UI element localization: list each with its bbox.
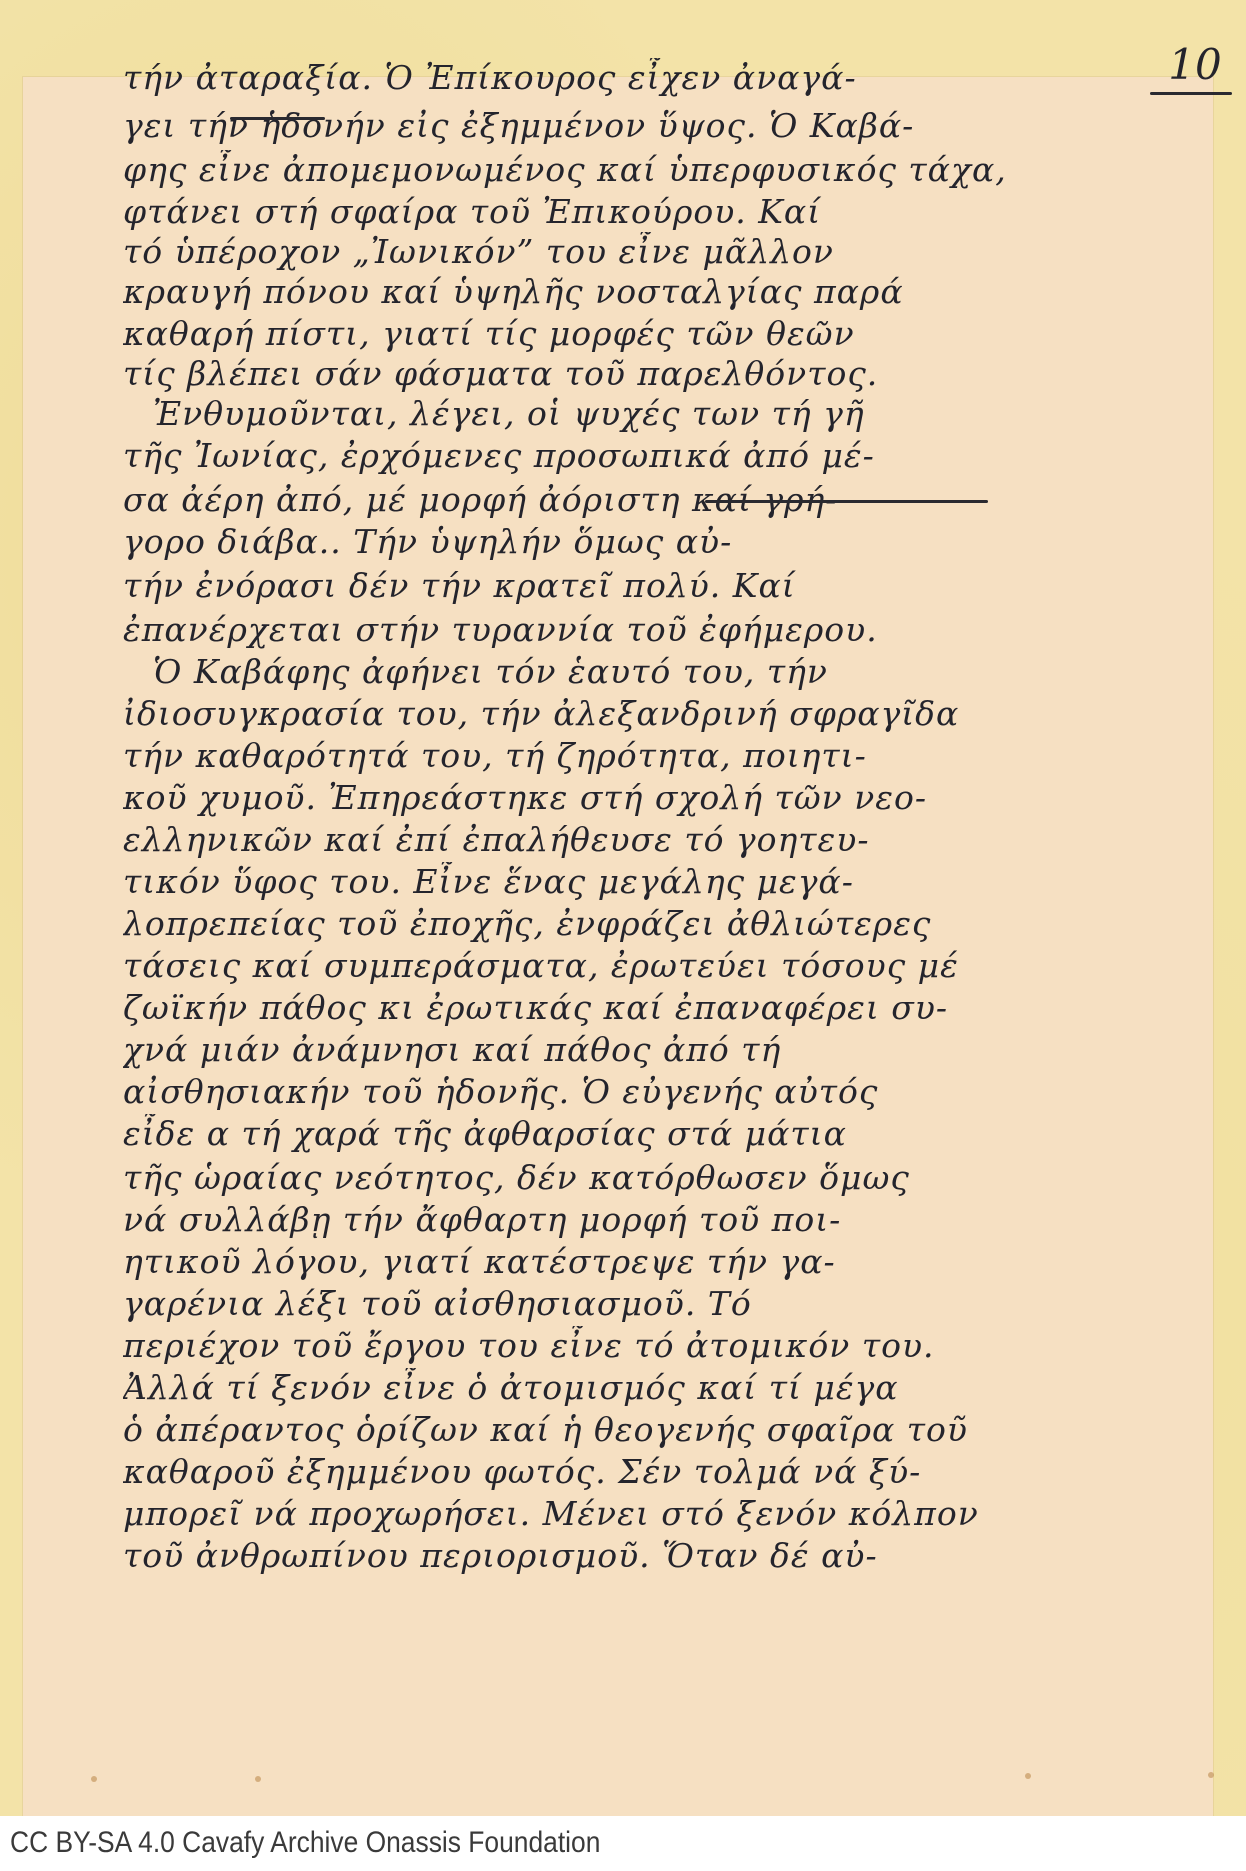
manuscript-line: Ἀλλά τί ξενόν εἶνε ὁ ἀτομισμός καί τί μέ… [123,1368,1163,1408]
manuscript-line: νά συλλάβῃ τήν ἄφθαρτη μορφή τοῦ ποι- [123,1200,1163,1240]
manuscript-line: γαρένια λέξι τοῦ αἰσθησιασμοῦ. Τό [123,1284,1163,1324]
manuscript-line: τικόν ὕφος του. Εἶνε ἕνας μεγάλης μεγά- [123,862,1163,902]
manuscript-line: μπορεῖ νά προχωρήσει. Μένει στό ξενόν κό… [123,1494,1163,1534]
manuscript-line: κραυγή πόνου καί ὑψηλῆς νοσταλγίας παρά [123,272,1163,312]
paper-stain [1208,1772,1214,1778]
paper-stain [91,1776,97,1782]
manuscript-line: τίς βλέπει σάν φάσματα τοῦ παρελθόντος. [123,354,1163,394]
license-caption: CC BY-SA 4.0 Cavafy Archive Onassis Foun… [10,1826,600,1860]
manuscript-line: καθαρή πίστι, γιατί τίς μορφές τῶν θεῶν [123,314,1163,354]
manuscript-line: τό ὑπέροχον „Ἰωνικόν” του εἶνε μᾶλλον [123,232,1163,272]
manuscript-line: τήν ἀταραξία. Ὁ Ἐπίκουρος εἶχεν ἀναγά- [123,58,1163,98]
manuscript-line: λοπρεπείας τοῦ ἐποχῆς, ἐνφράζει ἀθλιώτερ… [123,904,1163,944]
manuscript-line: χνά μιάν ἀνάμνησι καί πάθος ἀπό τή [123,1030,1163,1070]
manuscript-line: ἰδιοσυγκρασία του, τήν ἀλεξανδρινή σφραγ… [123,694,1163,734]
paper-stain [1025,1773,1031,1779]
manuscript-line: γει τήν ἡδονήν εἰς ἐξημμένον ὕψος. Ὁ Καβ… [123,106,1163,146]
handwritten-text-block: 10 τήν ἀταραξία. Ὁ Ἐπίκουρος εἶχεν ἀναγά… [23,0,1213,1778]
paper-stain [255,1776,261,1782]
manuscript-line: τήν ἐνόρασι δέν τήν κρατεῖ πολύ. Καί [123,566,1163,606]
manuscript-line: ητικοῦ λόγου, γιατί κατέστρεψε τήν γα- [123,1242,1163,1282]
manuscript-line: ζωϊκήν πάθος κι ἐρωτικάς καί ἐπαναφέρει … [123,988,1163,1028]
manuscript-page: 10 τήν ἀταραξία. Ὁ Ἐπίκουρος εἶχεν ἀναγά… [23,77,1213,1855]
manuscript-line: ὁ ἀπέραντος ὁρίζων καί ἡ θεογενής σφαῖρα… [123,1410,1163,1450]
manuscript-line: τάσεις καί συμπεράσματα, ἐρωτεύει τόσους… [123,946,1163,986]
manuscript-line: καθαροῦ ἐξημμένου φωτός. Σέν τολμά νά ξύ… [123,1452,1163,1492]
manuscript-line: αἰσθησιακήν τοῦ ἡδονῆς. Ὁ εὐγενής αὐτός [123,1072,1163,1112]
manuscript-line: Ἐνθυμοῦνται, λέγει, οἱ ψυχές των τή γῆ [153,394,1193,434]
page-number: 10 [1165,40,1225,89]
manuscript-line: Ὁ Καβάφης ἀφήνει τόν ἑαυτό του, τήν [153,652,1193,692]
manuscript-line: γορο διάβα.. Τήν ὑψηλήν ὅμως αὐ- [123,522,1163,562]
manuscript-line: ἐπανέρχεται στήν τυραννία τοῦ ἐφήμερου. [123,610,1163,650]
manuscript-line: φης εἶνε ἀπομεμονωμένος καί ὑπερφυσικός … [123,150,1163,190]
manuscript-line: τοῦ ἀνθρωπίνου περιορισμοῦ. Ὅταν δέ αὐ- [123,1536,1163,1576]
underline-ataraxia [230,117,325,120]
manuscript-line: φτάνει στή σφαίρα τοῦ Ἐπικούρου. Καί [123,192,1163,232]
manuscript-line: σα ἀέρη ἀπό, μέ μορφή ἀόριστη καί γρή- [123,480,1163,520]
manuscript-line: ελληνικῶν καί ἐπί ἐπαλήθευσε τό γοητευ- [123,820,1163,860]
manuscript-line: περιέχον τοῦ ἔργου του εἶνε τό ἀτομικόν … [123,1326,1163,1366]
manuscript-line: τήν καθαρότητά του, τή ζηρότητα, ποιητι- [123,736,1163,776]
manuscript-line: εἶδε α τή χαρά τῆς ἀφθαρσίας στά μάτια [123,1114,1163,1154]
manuscript-line: τῆς ὡραίας νεότητος, δέν κατόρθωσεν ὅμως [123,1158,1163,1198]
underline-psyches [705,500,988,503]
manuscript-line: κοῦ χυμοῦ. Ἐπηρεάστηκε στή σχολή τῶν νεο… [123,778,1163,818]
manuscript-line: τῆς Ἰωνίας, ἐρχόμενες προσωπικά ἀπό μέ- [123,436,1163,476]
